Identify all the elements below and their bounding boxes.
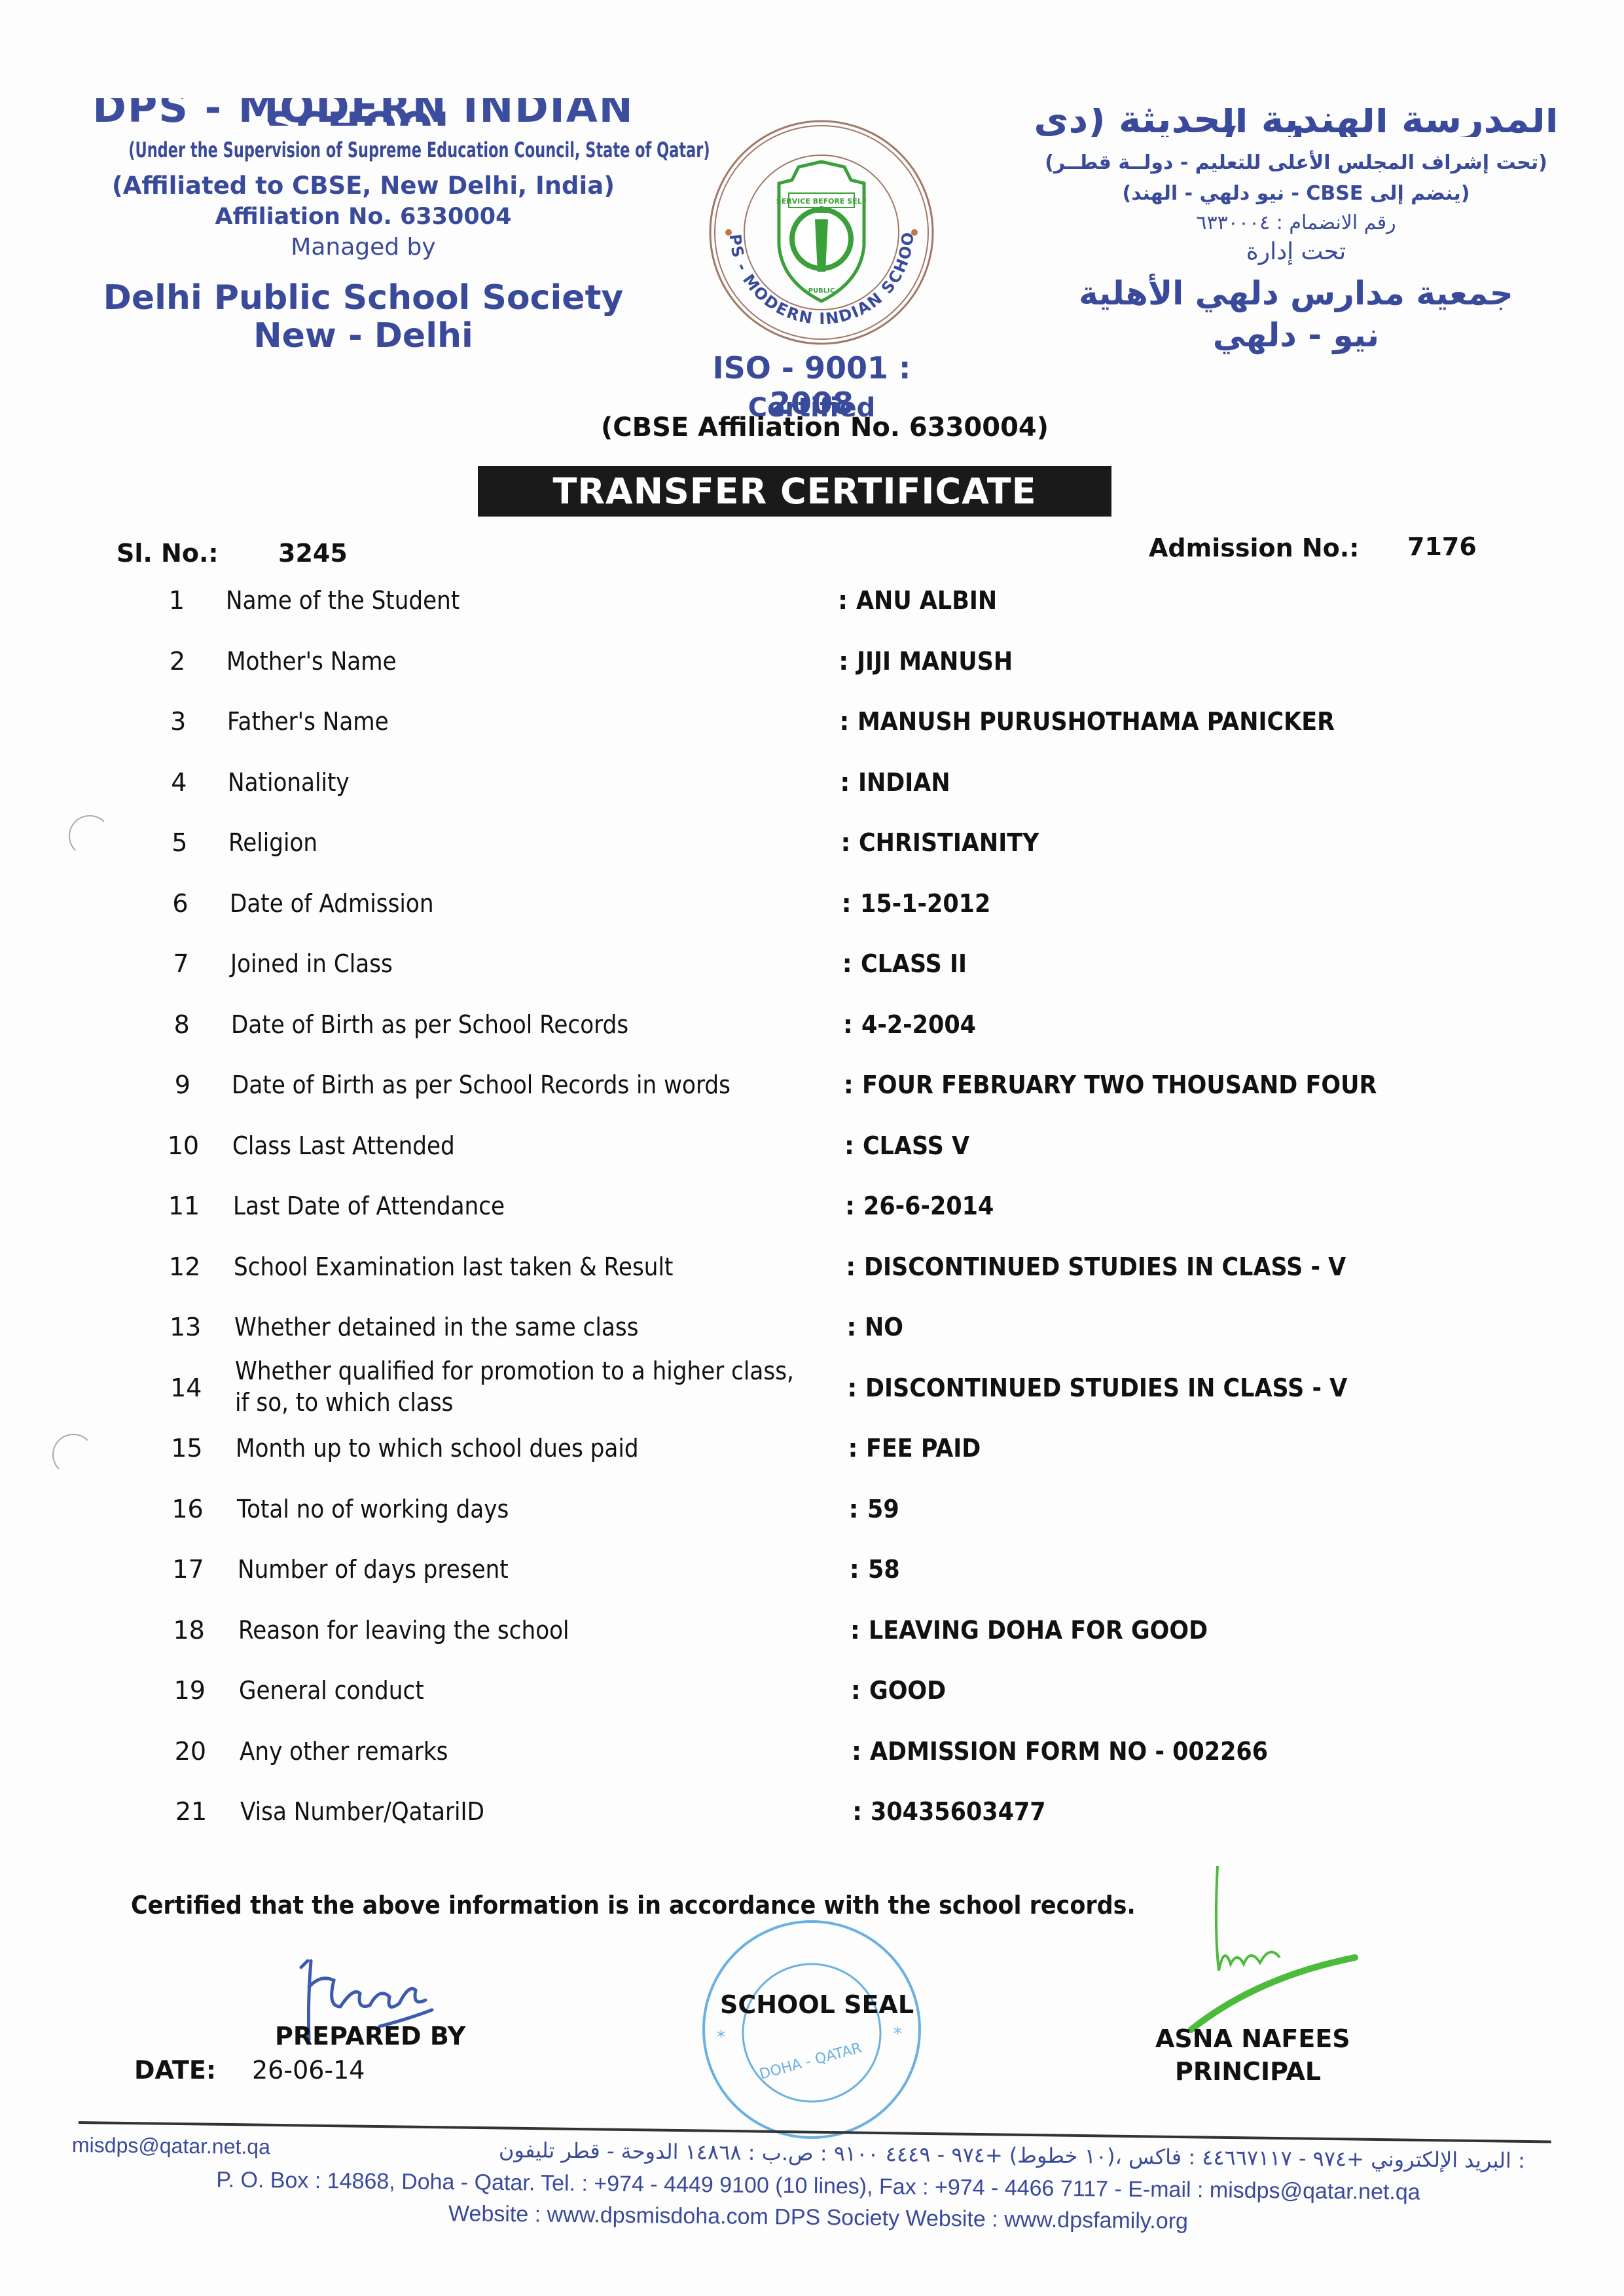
field-label: Nationality <box>228 768 350 797</box>
field-value: DISCONTINUED STUDIES IN CLASS - V <box>864 1252 1346 1281</box>
field-number: 20 <box>171 1737 210 1766</box>
field-label: Reason for leaving the school <box>238 1616 569 1645</box>
field-label: Father's Name <box>227 707 389 736</box>
field-row: 10Class Last Attended:CLASS V <box>164 1131 1538 1171</box>
field-value: CHRISTIANITY <box>859 828 1039 857</box>
field-label: Number of days present <box>238 1555 509 1584</box>
field-label: Any other remarks <box>240 1737 448 1766</box>
svg-text:DOHA - QATAR: DOHA - QATAR <box>758 2040 864 2083</box>
field-number: 5 <box>160 828 199 857</box>
field-separator: : <box>844 1131 854 1160</box>
field-number: 9 <box>163 1070 202 1099</box>
field-row: 16Total no of working days:59 <box>168 1495 1543 1534</box>
managed-by-en: Managed by <box>62 234 664 261</box>
field-value: 59 <box>867 1495 899 1523</box>
field-separator: : <box>846 1313 856 1341</box>
svg-text:*: * <box>893 2024 902 2044</box>
field-separator: : <box>852 1737 861 1766</box>
field-value: JIJI MANUSH <box>857 647 1013 676</box>
field-label: Mother's Name <box>226 647 397 676</box>
field-separator: : <box>844 1070 854 1099</box>
field-separator: : <box>838 586 848 615</box>
field-label: Date of Birth as per School Records <box>231 1010 628 1039</box>
admission-number-label: Admission No.: <box>1149 534 1359 562</box>
field-label: Whether detained in the same class <box>234 1313 638 1341</box>
field-value: NO <box>865 1313 903 1341</box>
field-number: 1 <box>157 586 196 615</box>
field-label: School Examination last taken & Result <box>234 1252 673 1281</box>
cbse-affiliation: (CBSE Affiliation No. 6330004) <box>563 412 1087 443</box>
field-number: 10 <box>164 1131 203 1160</box>
date-value: 26-06-14 <box>252 2056 365 2085</box>
field-row: 17Number of days present:58 <box>169 1555 1543 1594</box>
field-value: ADMISSION FORM NO - 002266 <box>870 1737 1268 1766</box>
affiliated-ar: (ينضم إلى CBSE - نيو دلهي - الهند) <box>1021 182 1571 205</box>
field-value: 4-2-2004 <box>861 1010 976 1039</box>
field-value: MANUSH PURUSHOTHAMA PANICKER <box>857 707 1335 736</box>
society-city-ar: نيو - دلهي <box>1021 316 1571 354</box>
footer-email: misdps@qatar.net.qa <box>72 2133 270 2159</box>
field-number: 8 <box>162 1010 202 1039</box>
field-row: 20Any other remarks:ADMISSION FORM NO - … <box>171 1737 1545 1776</box>
field-separator: : <box>843 1010 853 1039</box>
affiliation-no-en: Affiliation No. 6330004 <box>62 204 664 230</box>
field-number: 3 <box>158 707 198 736</box>
field-separator: : <box>839 647 848 676</box>
serial-number-value: 3245 <box>278 539 348 568</box>
serial-number-label: Sl. No.: <box>117 539 219 568</box>
field-label: Date of Admission <box>230 889 434 918</box>
field-value: INDIAN <box>858 768 950 797</box>
svg-text:SERVICE BEFORE SELF: SERVICE BEFORE SELF <box>776 197 867 206</box>
field-separator: : <box>839 707 849 736</box>
field-value: CLASS II <box>861 949 967 978</box>
field-label: Date of Birth as per School Records in w… <box>232 1070 731 1099</box>
field-value: LEAVING DOHA FOR GOOD <box>869 1616 1208 1645</box>
field-separator: : <box>849 1495 859 1523</box>
field-value: 30435603477 <box>871 1797 1046 1826</box>
field-value: FEE PAID <box>866 1434 981 1463</box>
date-label: DATE: <box>134 2056 216 2085</box>
field-number: 21 <box>171 1797 211 1826</box>
field-separator: : <box>846 1252 856 1281</box>
field-separator: : <box>840 768 850 797</box>
field-value: ANU ALBIN <box>856 586 997 615</box>
society-en: Delhi Public School Society <box>62 279 664 317</box>
field-separator: : <box>848 1434 857 1463</box>
affiliation-no-ar: رقم الانضمام : ٦٣٣٠٠٠٤ <box>1021 211 1571 234</box>
field-number: 13 <box>166 1313 205 1341</box>
certification-statement: Certified that the above information is … <box>131 1891 1136 1920</box>
field-row: 18Reason for leaving the school:LEAVING … <box>170 1616 1544 1655</box>
field-row: 14Whether qualified for promotion to a h… <box>166 1374 1541 1413</box>
field-row: 4Nationality:INDIAN <box>159 768 1534 807</box>
field-label: Class Last Attended <box>232 1131 455 1160</box>
field-value: 15-1-2012 <box>860 889 990 918</box>
field-separator: : <box>850 1616 860 1645</box>
header-arabic: المدرسة الهندية الحديثة (دي بي اس) (تحت … <box>1021 108 1571 354</box>
field-row: 13Whether detained in the same class:NO <box>166 1313 1540 1352</box>
managed-by-ar: تحت إدارة <box>1021 238 1571 265</box>
field-value: GOOD <box>869 1676 946 1705</box>
field-separator: : <box>845 1192 855 1220</box>
field-label: Last Date of Attendance <box>233 1192 505 1220</box>
society-ar: جمعية مدارس دلهي الأهلية <box>1021 274 1571 312</box>
field-row: 21Visa Number/QatariID:30435603477 <box>171 1797 1546 1836</box>
field-value: 26-6-2014 <box>863 1192 994 1220</box>
footer-arabic-contact: : البريد الإلكتروني +٩٧٤ - ٤٤٦٦٧١١٧ : فا… <box>499 2138 1525 2173</box>
svg-text:*: * <box>717 2028 725 2047</box>
field-number: 17 <box>169 1555 208 1584</box>
field-value: DISCONTINUED STUDIES IN CLASS - V <box>865 1374 1347 1402</box>
dps-emblem-icon: DPS - MODERN INDIAN SCHOOL SERVICE BEFOR… <box>704 115 939 350</box>
affiliated-en: (Affiliated to CBSE, New Delhi, India) <box>62 172 664 200</box>
principal-name: ASNA NAFEES <box>1155 2024 1350 2053</box>
field-number: 12 <box>165 1252 204 1281</box>
field-label: Joined in Class <box>230 949 393 978</box>
supervision-ar: (تحت إشراف المجلس الأعلى للتعليم - دولــ… <box>1021 151 1571 174</box>
society-city-en: New - Delhi <box>62 317 664 355</box>
field-number: 4 <box>159 768 198 797</box>
field-row: 11Last Date of Attendance:26-6-2014 <box>164 1192 1539 1231</box>
field-number: 7 <box>162 949 201 978</box>
field-number: 19 <box>170 1676 209 1705</box>
field-value: FOUR FEBRUARY TWO THOUSAND FOUR <box>862 1070 1377 1099</box>
field-value: CLASS V <box>863 1131 969 1160</box>
field-label: Total no of working days <box>237 1495 509 1523</box>
supervision-en: (Under the Supervision of Supreme Educat… <box>128 137 598 162</box>
field-number: 14 <box>166 1374 206 1402</box>
school-name-ar: المدرسة الهندية الحديثة (دي بي اس) <box>1021 108 1571 137</box>
field-number: 2 <box>158 647 197 676</box>
field-separator: : <box>840 828 850 857</box>
field-separator: : <box>842 949 852 978</box>
field-label: Visa Number/QatariID <box>240 1797 484 1826</box>
admission-number-value: 7176 <box>1407 532 1477 561</box>
field-row: 19General conduct:GOOD <box>170 1676 1545 1715</box>
field-separator: : <box>851 1676 861 1705</box>
field-row: 15Month up to which school dues paid:FEE… <box>167 1434 1542 1473</box>
field-label: Whether qualified for promotion to a hig… <box>235 1355 794 1418</box>
field-row: 6Date of Admission:15-1-2012 <box>161 889 1536 928</box>
field-row: 1Name of the Student:ANU ALBIN <box>157 586 1532 625</box>
field-number: 11 <box>164 1192 204 1220</box>
field-separator: : <box>850 1555 859 1584</box>
field-row: 9Date of Birth as per School Records in … <box>163 1070 1538 1110</box>
prepared-by-label: PREPARED BY <box>275 2022 465 2050</box>
field-row: 2Mother's Name:JIJI MANUSH <box>158 647 1532 686</box>
field-number: 16 <box>168 1495 208 1523</box>
field-row: 8Date of Birth as per School Records:4-2… <box>162 1010 1537 1049</box>
field-separator: : <box>852 1797 862 1826</box>
field-label: Name of the Student <box>226 586 460 615</box>
field-number: 6 <box>161 889 200 918</box>
header-english: DPS - MODERN INDIAN SCHOOL (Under the Su… <box>62 98 664 355</box>
svg-text:PUBLIC: PUBLIC <box>808 287 835 295</box>
field-value: 58 <box>868 1555 900 1584</box>
document-title: TRANSFER CERTIFICATE <box>478 466 1111 517</box>
field-row: 3Father's Name:MANUSH PURUSHOTHAMA PANIC… <box>158 707 1533 746</box>
punch-hole-mark <box>69 815 111 857</box>
field-row: 7Joined in Class:CLASS II <box>162 949 1536 989</box>
field-row: 5Religion:CHRISTIANITY <box>160 828 1534 867</box>
punch-hole-mark <box>52 1434 94 1476</box>
school-logo: DPS - MODERN INDIAN SCHOOL SERVICE BEFOR… <box>704 115 939 350</box>
school-name-en: DPS - MODERN INDIAN SCHOOL <box>62 98 664 126</box>
principal-title: PRINCIPAL <box>1175 2057 1321 2086</box>
field-separator: : <box>847 1374 857 1402</box>
field-row: 12School Examination last taken & Result… <box>165 1252 1540 1292</box>
field-label: Month up to which school dues paid <box>236 1434 639 1463</box>
field-number: 15 <box>167 1434 206 1463</box>
school-seal-label: SCHOOL SEAL <box>720 1990 914 2019</box>
field-label: General conduct <box>239 1676 424 1705</box>
field-number: 18 <box>170 1616 209 1645</box>
field-label: Religion <box>228 828 317 857</box>
field-separator: : <box>842 889 852 918</box>
